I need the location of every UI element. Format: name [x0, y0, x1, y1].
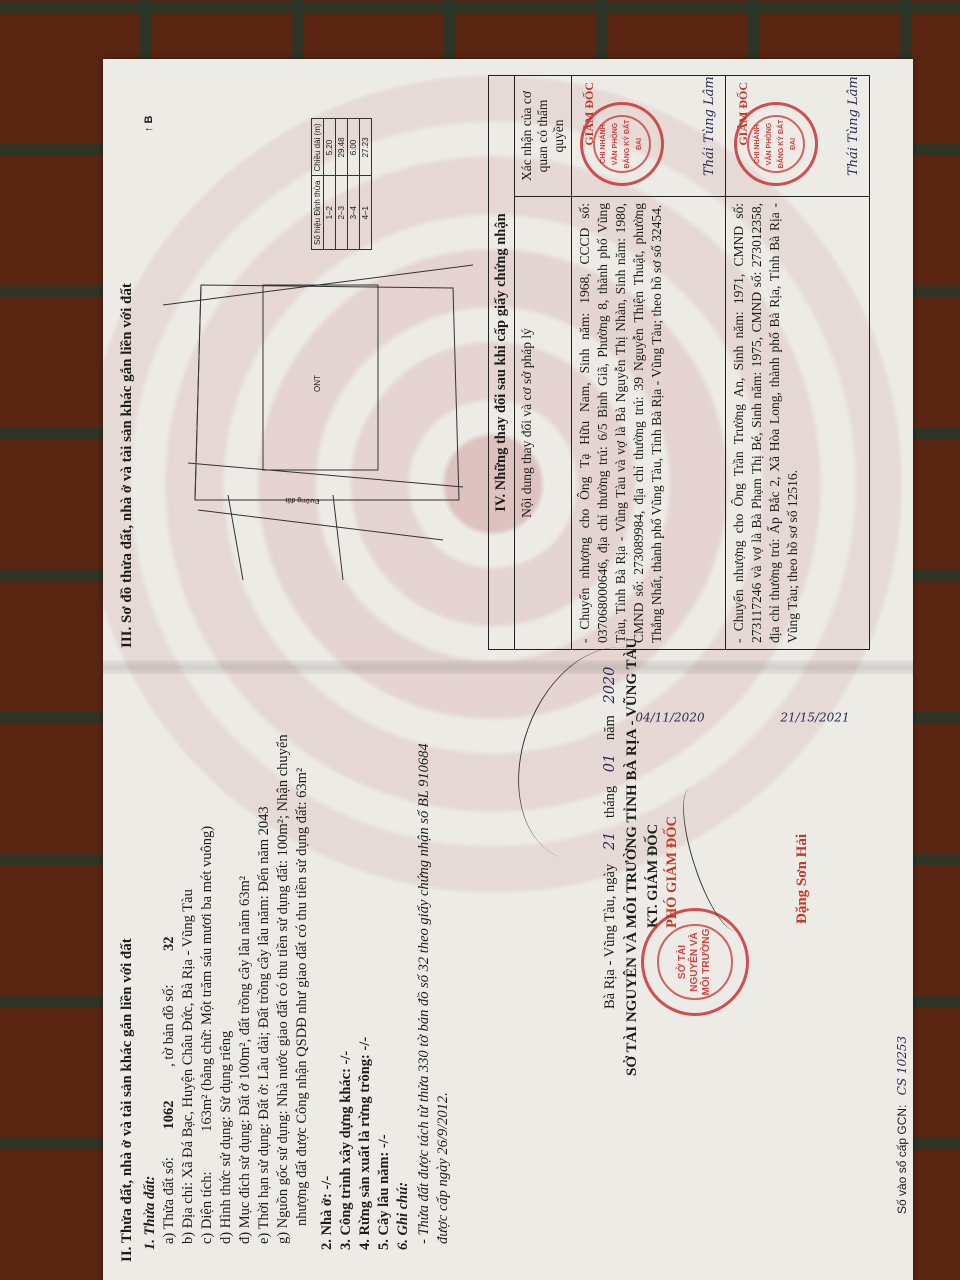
vertex-to: 2	[325, 206, 334, 210]
registry-number: Số vào sổ cấp GCN: CS 10253	[893, 1036, 912, 1214]
page-section-ii: II. Thửa đất, nhà ở và tài sản khác gắn …	[103, 674, 913, 1280]
section-ii-title: II. Thửa đất, nhà ở và tài sản khác gắn …	[119, 938, 136, 1262]
parcel-number: 1062	[161, 1100, 177, 1129]
address: b) Địa chỉ: Xã Đá Bạc, Huyện Châu Đức, B…	[179, 889, 198, 1244]
notes-line2: được cấp ngày 26/9/2012.	[434, 1092, 453, 1244]
land-parcel-heading: 1. Thửa đất:	[141, 1176, 160, 1250]
section-iii-title: III. Sơ đồ thửa đất, nhà ở và tài sản kh…	[119, 283, 136, 648]
vertex-length-table: Số hiệu Đỉnh thửa Chiều dài (m) 1–2 5.20…	[311, 118, 372, 250]
vertex-row: 1–2 5.20	[324, 119, 336, 250]
entry-date-1: 04/11/2020	[635, 710, 704, 724]
change-entry-text: - Chuyển nhượng cho Ông Trần Trường An, …	[726, 197, 870, 650]
perennial-trees: 5. Cây lâu năm: -/-	[375, 1134, 394, 1250]
position-kt: KT. GIÁM ĐỐC	[644, 824, 663, 928]
notes-line1: - Thửa đất được tách từ thửa 330 tờ bản …	[415, 743, 434, 1244]
area-label: c) Diện tích:	[199, 1172, 215, 1244]
confirm-signer: Thái Tùng Lâm	[846, 76, 861, 176]
vertex-from: 2	[337, 215, 346, 219]
certificate-paper: II. Thửa đất, nhà ở và tài sản khác gắn …	[103, 59, 913, 1280]
vertex-to: 3	[337, 206, 346, 210]
use-origin-line1: g) Nguồn gốc sử dụng: Nhà nước giao đất …	[274, 734, 293, 1244]
vertex-from: 3	[349, 215, 358, 219]
notes-heading: 6. Ghi chú:	[394, 1182, 413, 1250]
house: 2. Nhà ở: -/-	[318, 1176, 337, 1250]
use-form: d) Hình thức sử dụng: Sử dụng riêng	[217, 1031, 236, 1244]
confirm-signer: Thái Tùng Lâm	[702, 76, 717, 176]
road-label: Đường đất	[285, 496, 319, 504]
page-fold	[103, 660, 913, 674]
page-section-iii-iv: III. Sơ đồ thửa đất, nhà ở và tài sản kh…	[103, 60, 913, 660]
signer-name: Đặng Sơn Hải	[793, 834, 812, 924]
use-purpose: đ) Mục đích sử dụng: Đất ở 100m², đất tr…	[236, 876, 255, 1244]
north-arrow-icon: ↑	[143, 127, 155, 133]
north-label: B	[143, 115, 155, 123]
place-prefix: Bà Rịa - Vũng Tàu, ngày	[602, 864, 618, 1009]
vertex-row: 4–1 27.23	[360, 119, 372, 250]
vertex-header: Số hiệu Đỉnh thửa	[312, 176, 324, 250]
parcel-sketch	[143, 60, 473, 660]
vertex-row: 3–4 6.00	[348, 119, 360, 250]
stamp-text: SỞ TÀI NGUYÊN VÀ MÔI TRƯỜNG	[677, 926, 713, 997]
map-sheet-label: , tờ bản đồ số:	[161, 985, 177, 1067]
production-forest: 4. Rừng sản xuất là rừng trồng: -/-	[356, 1037, 375, 1250]
vertex-from: 1	[325, 215, 334, 219]
branch-stamp-text: CHI NHÁNH VĂN PHÒNG ĐĂNG KÝ ĐẤT ĐAI	[598, 117, 646, 172]
branch-stamp-text: CHI NHÁNH VĂN PHÒNG ĐĂNG KÝ ĐẤT ĐAI	[752, 117, 800, 172]
col-content-header: Nội dung thay đổi và cơ sở pháp lý	[515, 197, 572, 650]
area-value: 163m² (bằng chữ: Một trăm sáu mươi ba mé…	[199, 826, 215, 1132]
edge-length: 6.00	[348, 119, 360, 176]
changes-table: IV. Những thay đổi sau khi cấp giấy chứn…	[488, 75, 870, 650]
vertex-to: 4	[349, 206, 358, 210]
change-entry-text: - Chuyển nhượng cho Ông Tạ Hữu Nam, Sinh…	[572, 197, 726, 650]
registry-number-label: Số vào sổ cấp GCN:	[895, 1105, 909, 1214]
confirm-title: GIÁM ĐỐC	[582, 82, 597, 146]
section-iv-title: IV. Những thay đổi sau khi cấp giấy chứn…	[489, 76, 515, 650]
vertex-from: 4	[361, 215, 370, 219]
vertex-row: 2–3 29.48	[336, 119, 348, 250]
vertex-to: 1	[361, 206, 370, 210]
area-row: c) Diện tích: 163m² (bằng chữ: Một trăm …	[198, 826, 217, 1244]
change-entry: - Chuyển nhượng cho Ông Tạ Hữu Nam, Sinh…	[572, 76, 726, 650]
other-construction: 3. Công trình xây dựng khác: -/-	[337, 1051, 356, 1250]
registry-number-value: CS 10253	[895, 1036, 909, 1095]
parcel-number-label: a) Thửa đất số:	[161, 1157, 177, 1244]
entry-date-2: 21/15/2021	[780, 710, 849, 724]
change-entry-confirm: CHI NHÁNH VĂN PHÒNG ĐĂNG KÝ ĐẤT ĐAI GIÁM…	[572, 76, 726, 197]
parcel-land-type: ONT	[313, 375, 322, 392]
edge-length: 27.23	[360, 119, 372, 176]
change-entry-confirm: CHI NHÁNH VĂN PHÒNG ĐĂNG KÝ ĐẤT ĐAI GIÁM…	[726, 76, 870, 197]
change-entry: - Chuyển nhượng cho Ông Trần Trường An, …	[726, 76, 870, 650]
length-header: Chiều dài (m)	[312, 119, 324, 176]
use-origin-line2: nhượng đất được Công nhận QSDĐ như giao …	[293, 768, 312, 1226]
edge-length: 5.20	[324, 119, 336, 176]
north-arrow: ↑ B	[143, 115, 155, 132]
confirm-title: GIÁM ĐỐC	[736, 82, 751, 146]
edge-length: 29.48	[336, 119, 348, 176]
use-term: e) Thời hạn sử dụng: Đất ở: Lâu dài; Đất…	[255, 806, 274, 1244]
map-sheet-number: 32	[161, 937, 177, 952]
col-confirm-header: Xác nhận của cơ quan có thẩm quyền	[515, 76, 572, 197]
parcel-number-row: a) Thửa đất số: 1062 , tờ bản đồ số: 32	[160, 937, 179, 1244]
